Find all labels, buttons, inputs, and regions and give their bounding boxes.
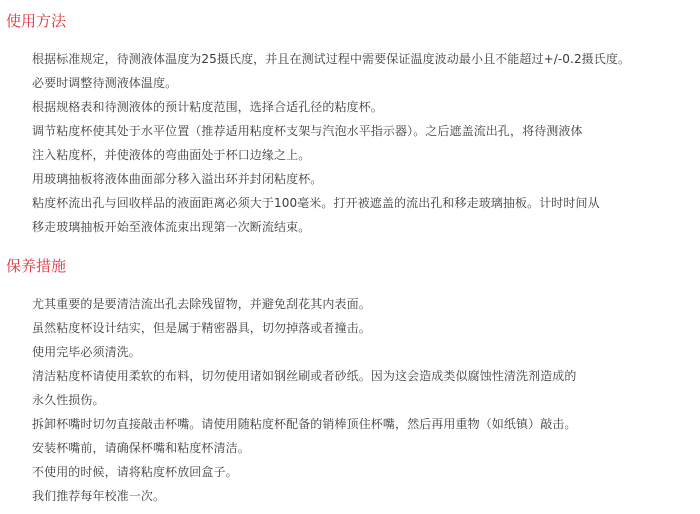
section-title-usage: 使用方法: [6, 11, 66, 31]
usage-line-7: 粘度杯流出孔与回收样品的液面距离必须大于100毫米。打开被遮盖的流出孔和移走玻璃…: [32, 195, 600, 211]
maintenance-line-2: 虽然粘度杯设计结实，但是属于精密器具，切勿掉落或者撞击。: [32, 320, 371, 336]
usage-line-2: 必要时调整待测液体温度。: [32, 75, 177, 91]
usage-line-3: 根据规格表和待测液体的预计粘度范围，选择合适孔径的粘度杯。: [32, 99, 383, 115]
usage-line-5: 注入粘度杯，并使液体的弯曲面处于杯口边缘之上。: [32, 147, 310, 163]
maintenance-line-3: 使用完毕必须清洗。: [32, 344, 141, 360]
usage-line-4: 调节粘度杯使其处于水平位置（推荐适用粘度杯支架与汽泡水平指示器）。之后遮盖流出孔…: [32, 123, 583, 139]
maintenance-line-1: 尤其重要的是要清洁流出孔去除残留物，并避免刮花其内表面。: [32, 296, 371, 312]
usage-line-8: 移走玻璃抽板开始至液体流束出现第一次断流结束。: [32, 219, 310, 235]
usage-line-6: 用玻璃抽板将液体曲面部分移入溢出环并封闭粘度杯。: [32, 171, 322, 187]
section-title-maintenance: 保养措施: [6, 256, 66, 276]
maintenance-line-7: 安装杯嘴前，请确保杯嘴和粘度杯清洁。: [32, 440, 250, 456]
maintenance-line-6: 拆卸杯嘴时切勿直接敲击杯嘴。请使用随粘度杯配备的销棒顶住杯嘴，然后再用重物（如纸…: [32, 416, 577, 432]
usage-line-1: 根据标准规定，待测液体温度为25摄氏度，并且在测试过程中需要保证温度波动最小且不…: [32, 51, 630, 67]
maintenance-line-8: 不使用的时候，请将粘度杯放回盒子。: [32, 464, 238, 480]
maintenance-line-9: 我们推荐每年校准一次。: [32, 488, 165, 504]
maintenance-line-5: 永久性损伤。: [32, 392, 105, 408]
maintenance-line-4: 清洁粘度杯请使用柔软的布料，切勿使用诸如钢丝刷或者砂纸。因为这会造成类似腐蚀性清…: [32, 368, 577, 384]
